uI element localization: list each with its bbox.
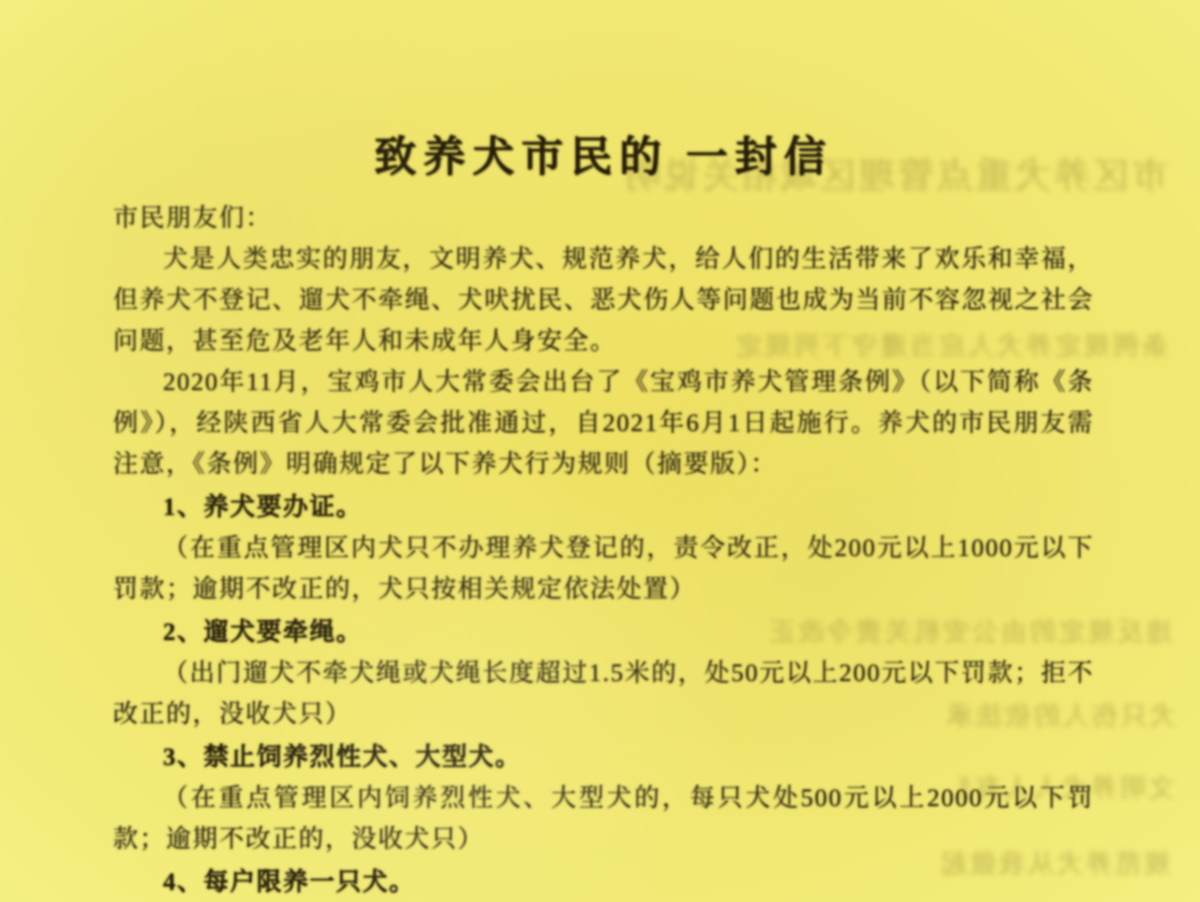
rule-heading: 4、每户限养一只犬。 [113,862,1094,902]
scanned-letter-page: 市区养犬重点管理区域相关说明 条例规定养犬人应当遵守下列规定 违反规定的由公安机… [0,0,1200,902]
rule-item-4: 4、每户限养一只犬。 [113,862,1094,902]
rule-heading: 1、养犬要办证。 [113,487,1094,528]
rule-item-1: 1、养犬要办证。 （在重点管理区内犬只不办理养犬登记的，责令改正，处200元以上… [113,487,1094,610]
salutation-line: 市民朋友们： [113,198,1094,239]
paragraph-intro: 犬是人类忠实的朋友，文明养犬、规范养犬，给人们的生活带来了欢乐和幸福，但养犬不登… [113,239,1094,362]
rule-body: （在重点管理区内犬只不办理养犬登记的，责令改正，处200元以上1000元以下罚款… [113,528,1094,610]
rule-heading: 3、禁止饲养烈性犬、大型犬。 [113,737,1094,778]
rule-body: （出门遛犬不牵犬绳或犬绳长度超过1.5米的，处50元以上200元以下罚款；拒不改… [113,653,1094,735]
rule-body: （在重点管理区内饲养烈性犬、大型犬的，每只犬处500元以上2000元以下罚款；逾… [113,778,1094,860]
rule-heading: 2、遛犬要牵绳。 [113,612,1094,653]
letter-body: 市民朋友们： 犬是人类忠实的朋友，文明养犬、规范养犬，给人们的生活带来了欢乐和幸… [113,198,1094,902]
paragraph-regulation: 2020年11月，宝鸡市人大常委会出台了《宝鸡市养犬管理条例》（以下简称《条例》… [113,362,1094,485]
letter-title: 致养犬市民的 一封信 [113,128,1094,188]
rule-item-3: 3、禁止饲养烈性犬、大型犬。 （在重点管理区内饲养烈性犬、大型犬的，每只犬处50… [113,737,1094,860]
rule-item-2: 2、遛犬要牵绳。 （出门遛犬不牵犬绳或犬绳长度超过1.5米的，处50元以上200… [113,612,1094,735]
letter-content: 致养犬市民的 一封信 市民朋友们： 犬是人类忠实的朋友，文明养犬、规范养犬，给人… [113,0,1094,902]
